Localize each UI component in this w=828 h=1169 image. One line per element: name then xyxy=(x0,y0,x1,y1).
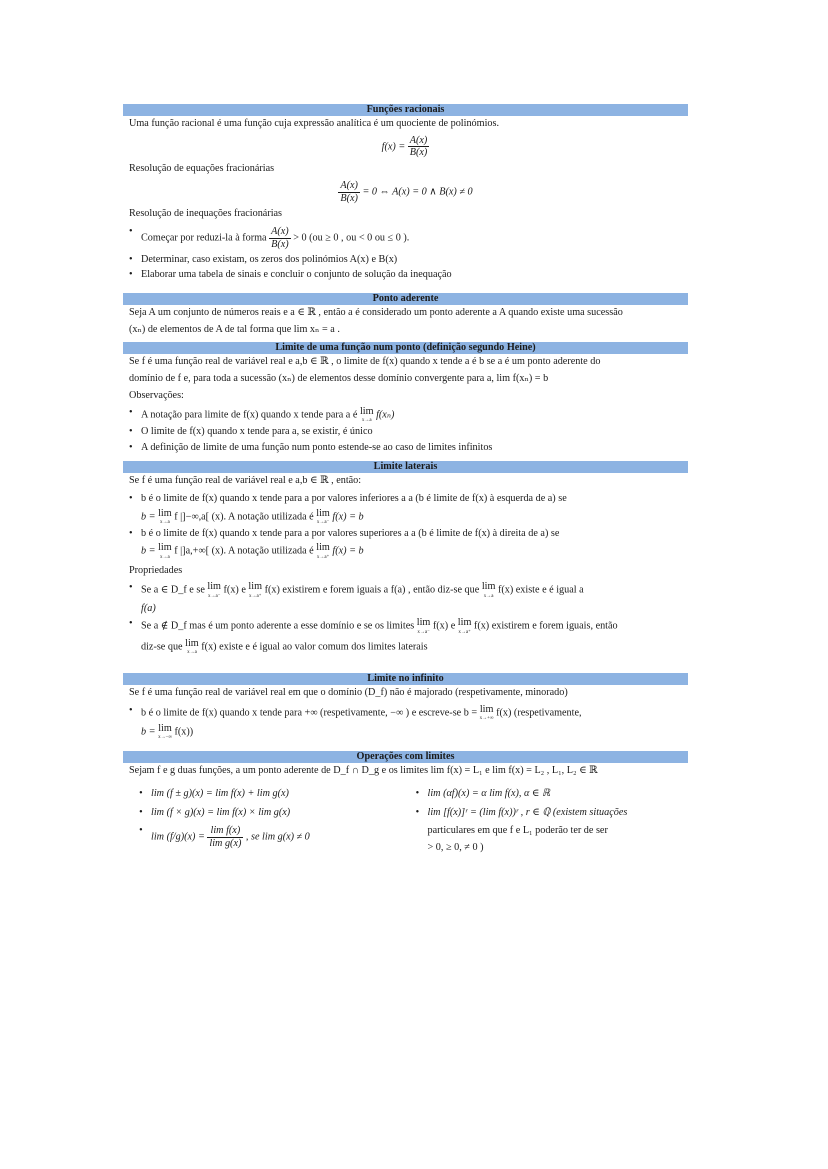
list-item: O limite de f(x) quando x tende para a, … xyxy=(129,426,688,439)
section-funcoes-racionais: Uma função racional é uma função cuja ex… xyxy=(123,116,688,293)
section-header-heine: Limite de uma função num ponto (definiçã… xyxy=(123,342,688,354)
bullet-list: lim (f ± g)(x) = lim f(x) + lim g(x) lim… xyxy=(129,788,406,850)
limit-notation: limx→a⁺ xyxy=(458,618,472,634)
paragraph-intro: Se f é uma função real de variável real … xyxy=(123,473,688,490)
fraction: A(x) B(x) xyxy=(408,135,430,159)
list-item: Começar por reduzi-la à forma A(x) B(x) … xyxy=(129,226,688,250)
section-ponto-aderente: Seja A um conjunto de números reais e a … xyxy=(123,305,688,342)
list-item: lim [f(x)]ʳ = (lim f(x))ʳ , r ∈ ℚ (exist… xyxy=(416,807,683,820)
section-header-operacoes: Operações com limites xyxy=(123,751,688,763)
list-item: b é o limite de f(x) quando x tende para… xyxy=(129,528,688,560)
bullet-list: A notação para limite de f(x) quando x t… xyxy=(123,407,688,455)
limit-notation: limx→−∞ xyxy=(158,724,172,740)
paragraph-intro: Uma função racional é uma função cuja ex… xyxy=(123,116,688,133)
paragraph-line: particulares em que f e L₁ poderão ter d… xyxy=(406,825,683,838)
list-item: Se a ∉ D_f mas é um ponto aderente a ess… xyxy=(129,618,688,654)
subheading-observacoes: Observações: xyxy=(123,388,688,405)
list-item: A notação para limite de f(x) quando x t… xyxy=(129,407,688,423)
list-item: lim (f/g)(x) = lim f(x) lim g(x) , se li… xyxy=(139,825,406,849)
list-item: lim (αf)(x) = α lim f(x), α ∈ ℝ xyxy=(416,788,683,801)
section-header-ponto-aderente: Ponto aderente xyxy=(123,293,688,305)
limit-notation: limx→a xyxy=(158,543,172,559)
paragraph-line: Se f é uma função real de variável real … xyxy=(123,354,688,371)
limit-notation: limx→a⁻ xyxy=(207,582,221,598)
limit-notation: limx→a⁻ xyxy=(417,618,431,634)
bullet-list: b é o limite de f(x) quando x tende para… xyxy=(123,493,688,560)
fraction: A(x) B(x) xyxy=(269,226,291,250)
list-item: lim (f ± g)(x) = lim f(x) + lim g(x) xyxy=(139,788,406,801)
limit-notation: limx→a xyxy=(360,407,374,423)
list-item: b é o limite de f(x) quando x tende para… xyxy=(129,493,688,525)
bullet-list: b é o limite de f(x) quando x tende para… xyxy=(123,705,688,740)
list-item: Se a ∈ D_f e se limx→a⁻ f(x) e limx→a⁺ f… xyxy=(129,582,688,615)
operations-columns: lim (f ± g)(x) = lim f(x) + lim g(x) lim… xyxy=(123,780,688,858)
section-header-limites-laterais: Limite laterais xyxy=(123,461,688,473)
section-limite-infinito: Se f é uma função real de variável real … xyxy=(123,685,688,751)
bullet-list: lim (αf)(x) = α lim f(x), α ∈ ℝ lim [f(x… xyxy=(406,788,683,820)
section-limites-laterais: Se f é uma função real de variável real … xyxy=(123,473,688,673)
list-item: lim (f × g)(x) = lim f(x) × lim g(x) xyxy=(139,807,406,820)
subheading-equacoes: Resolução de equações fracionárias xyxy=(123,161,688,178)
paragraph-line: domínio de f e, para toda a sucessão (xₙ… xyxy=(123,371,688,388)
paragraph-line: (xₙ) de elementos de A de tal forma que … xyxy=(123,322,688,339)
limit-notation: limx→a xyxy=(158,509,172,525)
section-header-limite-infinito: Limite no infinito xyxy=(123,673,688,685)
limit-notation: limx→a xyxy=(185,639,199,655)
formula-rational-function: f(x) = A(x) B(x) xyxy=(123,135,688,159)
paragraph-intro: Sejam f e g duas funções, a um ponto ade… xyxy=(123,763,688,780)
section-heine: Se f é uma função real de variável real … xyxy=(123,354,688,461)
fraction: lim f(x) lim g(x) xyxy=(207,825,243,849)
list-item: Elaborar uma tabela de sinais e concluir… xyxy=(129,269,688,282)
paragraph-line: Seja A um conjunto de números reais e a … xyxy=(123,305,688,322)
operations-right-column: lim (αf)(x) = α lim f(x), α ∈ ℝ lim [f(x… xyxy=(406,782,683,856)
limit-notation: limx→a⁺ xyxy=(316,543,330,559)
limit-notation: limx→a xyxy=(482,582,496,598)
limit-notation: limx→a⁺ xyxy=(248,582,262,598)
document-page: Funções racionais Uma função racional é … xyxy=(123,104,688,858)
section-header-funcoes-racionais: Funções racionais xyxy=(123,104,688,116)
fraction: A(x) B(x) xyxy=(338,180,360,204)
limit-notation: limx→a⁻ xyxy=(316,509,330,525)
list-item: b é o limite de f(x) quando x tende para… xyxy=(129,705,688,740)
limit-notation: limx→+∞ xyxy=(480,705,494,721)
paragraph-intro: Se f é uma função real de variável real … xyxy=(123,685,688,702)
formula-equation: A(x) B(x) = 0 ⇔ A(x) = 0 ∧ B(x) ≠ 0 xyxy=(123,180,688,204)
list-item: Determinar, caso existam, os zeros dos p… xyxy=(129,254,688,267)
subheading-inequacoes: Resolução de inequações fracionárias xyxy=(123,206,688,223)
list-item: A definição de limite de uma função num … xyxy=(129,442,688,455)
subheading-propriedades: Propriedades xyxy=(123,563,688,580)
bullet-list: Começar por reduzi-la à forma A(x) B(x) … xyxy=(123,226,688,282)
bullet-list: Se a ∈ D_f e se limx→a⁻ f(x) e limx→a⁺ f… xyxy=(123,582,688,654)
section-operacoes: Sejam f e g duas funções, a um ponto ade… xyxy=(123,763,688,858)
operations-left-column: lim (f ± g)(x) = lim f(x) + lim g(x) lim… xyxy=(129,782,406,856)
paragraph-line: > 0, ≥ 0, ≠ 0 ) xyxy=(406,842,683,855)
